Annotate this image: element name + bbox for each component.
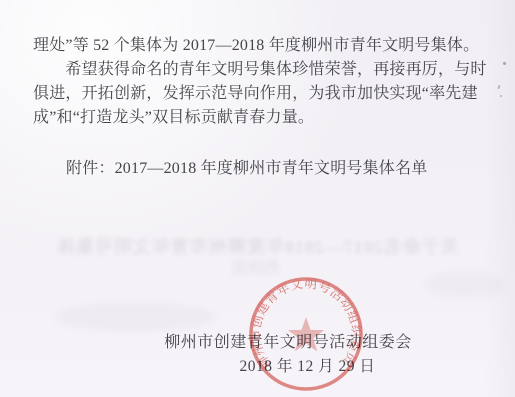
scan-speck	[500, 95, 502, 97]
bleedthrough-text-line1: 关于命名2017—2018年度柳州市青年文明号集体	[20, 233, 495, 259]
scan-smudge	[425, 272, 505, 298]
official-seal: 柳州市创建青年文明号活动组织委员会	[246, 274, 366, 394]
seal-star-icon	[288, 317, 324, 351]
attachment-line: 附件：2017—2018 年度柳州市青年文明号集体名单	[66, 155, 427, 178]
scanned-document-page: 关于命名2017—2018年度柳州市青年文明号集体 的决定 理处”等 52 个集…	[0, 0, 515, 397]
body-line: 俱进，开拓创新，发挥示范导向作用，为我市加快实现“率先建	[33, 82, 495, 106]
scan-speck	[503, 62, 506, 65]
scan-speck	[497, 85, 501, 89]
document-body: 理处”等 52 个集体为 2017—2018 年度柳州市青年文明号集体。 希望获…	[33, 34, 495, 130]
scan-smudge	[55, 303, 215, 331]
body-line: 理处”等 52 个集体为 2017—2018 年度柳州市青年文明号集体。	[33, 34, 495, 58]
body-line: 成”和“打造龙头”双目标贡献青春力量。	[33, 106, 495, 130]
body-line: 希望获得命名的青年文明号集体珍惜荣誉，再接再厉，与时	[33, 58, 495, 82]
